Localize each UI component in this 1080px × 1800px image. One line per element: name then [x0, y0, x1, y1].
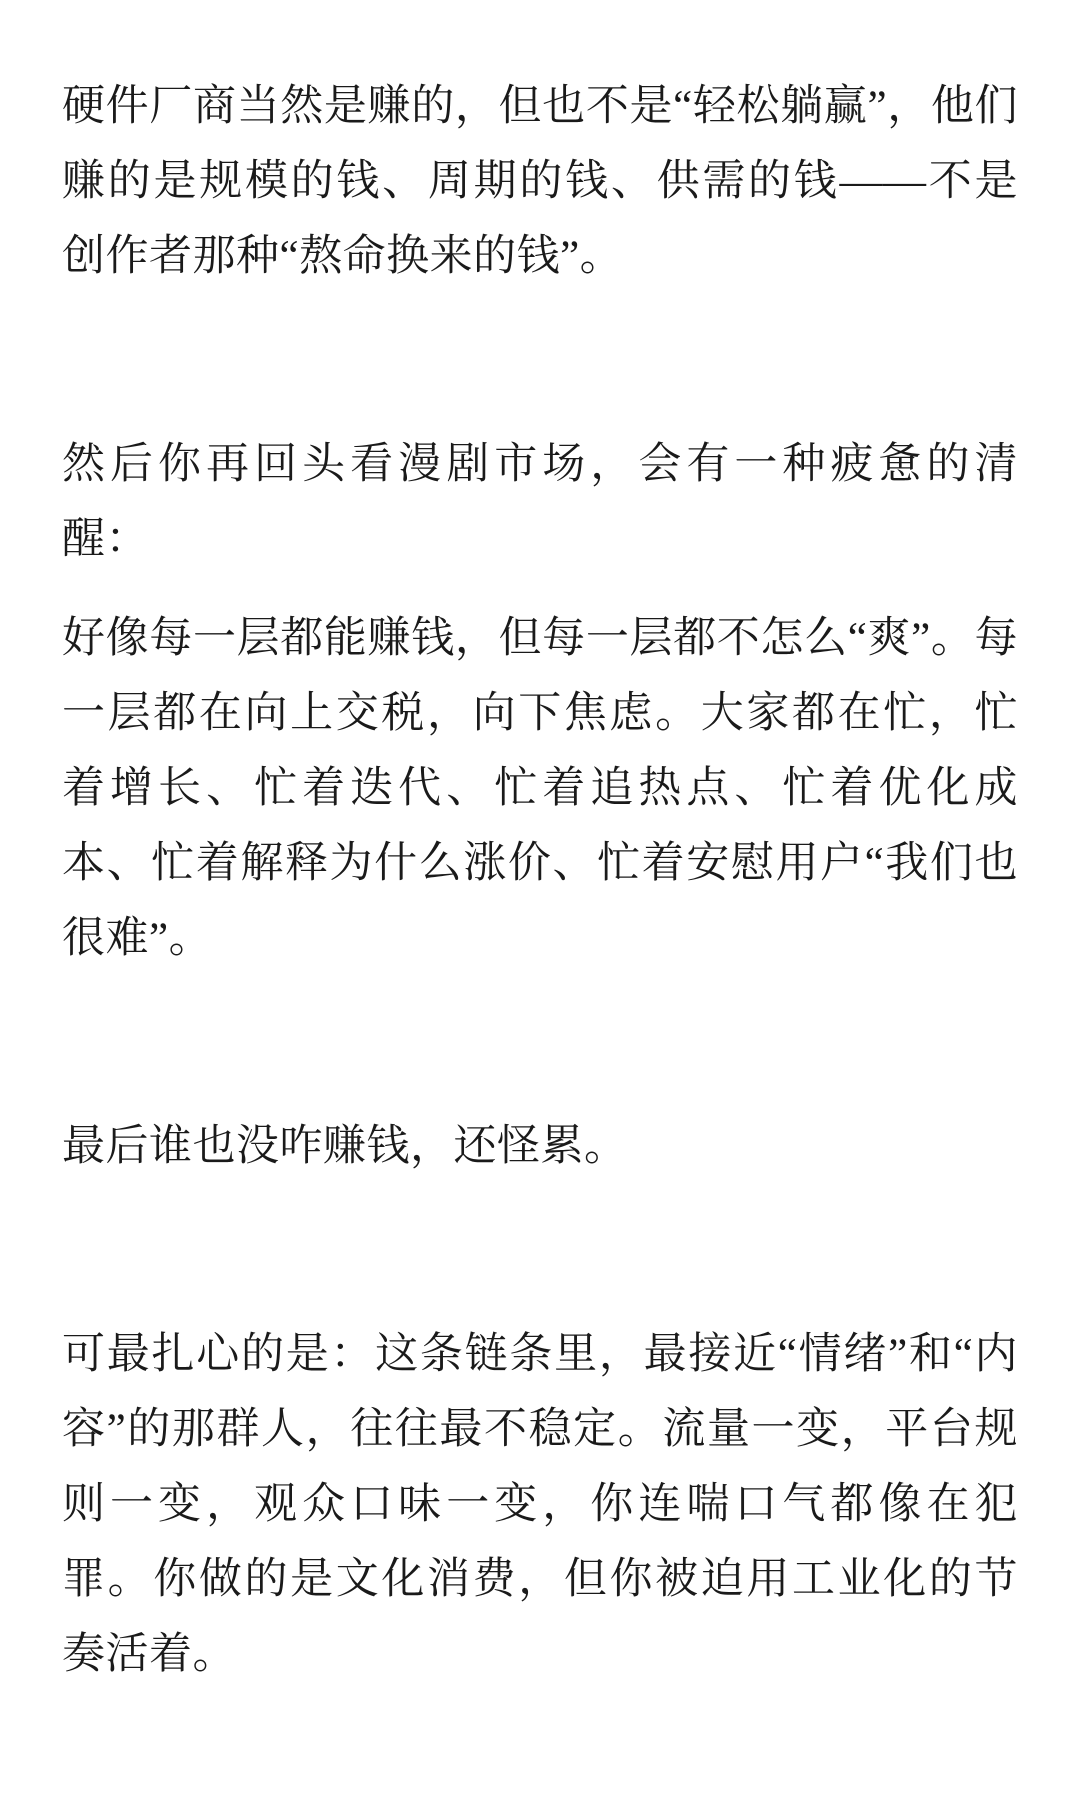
paragraph-every-layer: 好像每一层都能赚钱，但每一层都不怎么“爽”。每一层都在向上交税，向下焦虑。大家都… — [62, 601, 1018, 976]
paragraph-hardware-vendors: 硬件厂商当然是赚的，但也不是“轻松躺赢”，他们赚的是规模的钱、周期的钱、供需的钱… — [62, 69, 1018, 294]
paragraph-most-painful: 可最扎心的是：这条链条里，最接近“情绪”和“内容”的那群人，往往最不稳定。流量一… — [62, 1317, 1018, 1692]
article-page: 硬件厂商当然是赚的，但也不是“轻松躺赢”，他们赚的是规模的钱、周期的钱、供需的钱… — [0, 0, 1080, 1800]
paragraph-nobody-earns: 最后谁也没咋赚钱，还怪累。 — [62, 1109, 1018, 1184]
paragraph-market-intro: 然后你再回头看漫剧市场，会有一种疲惫的清醒： — [62, 427, 1018, 577]
